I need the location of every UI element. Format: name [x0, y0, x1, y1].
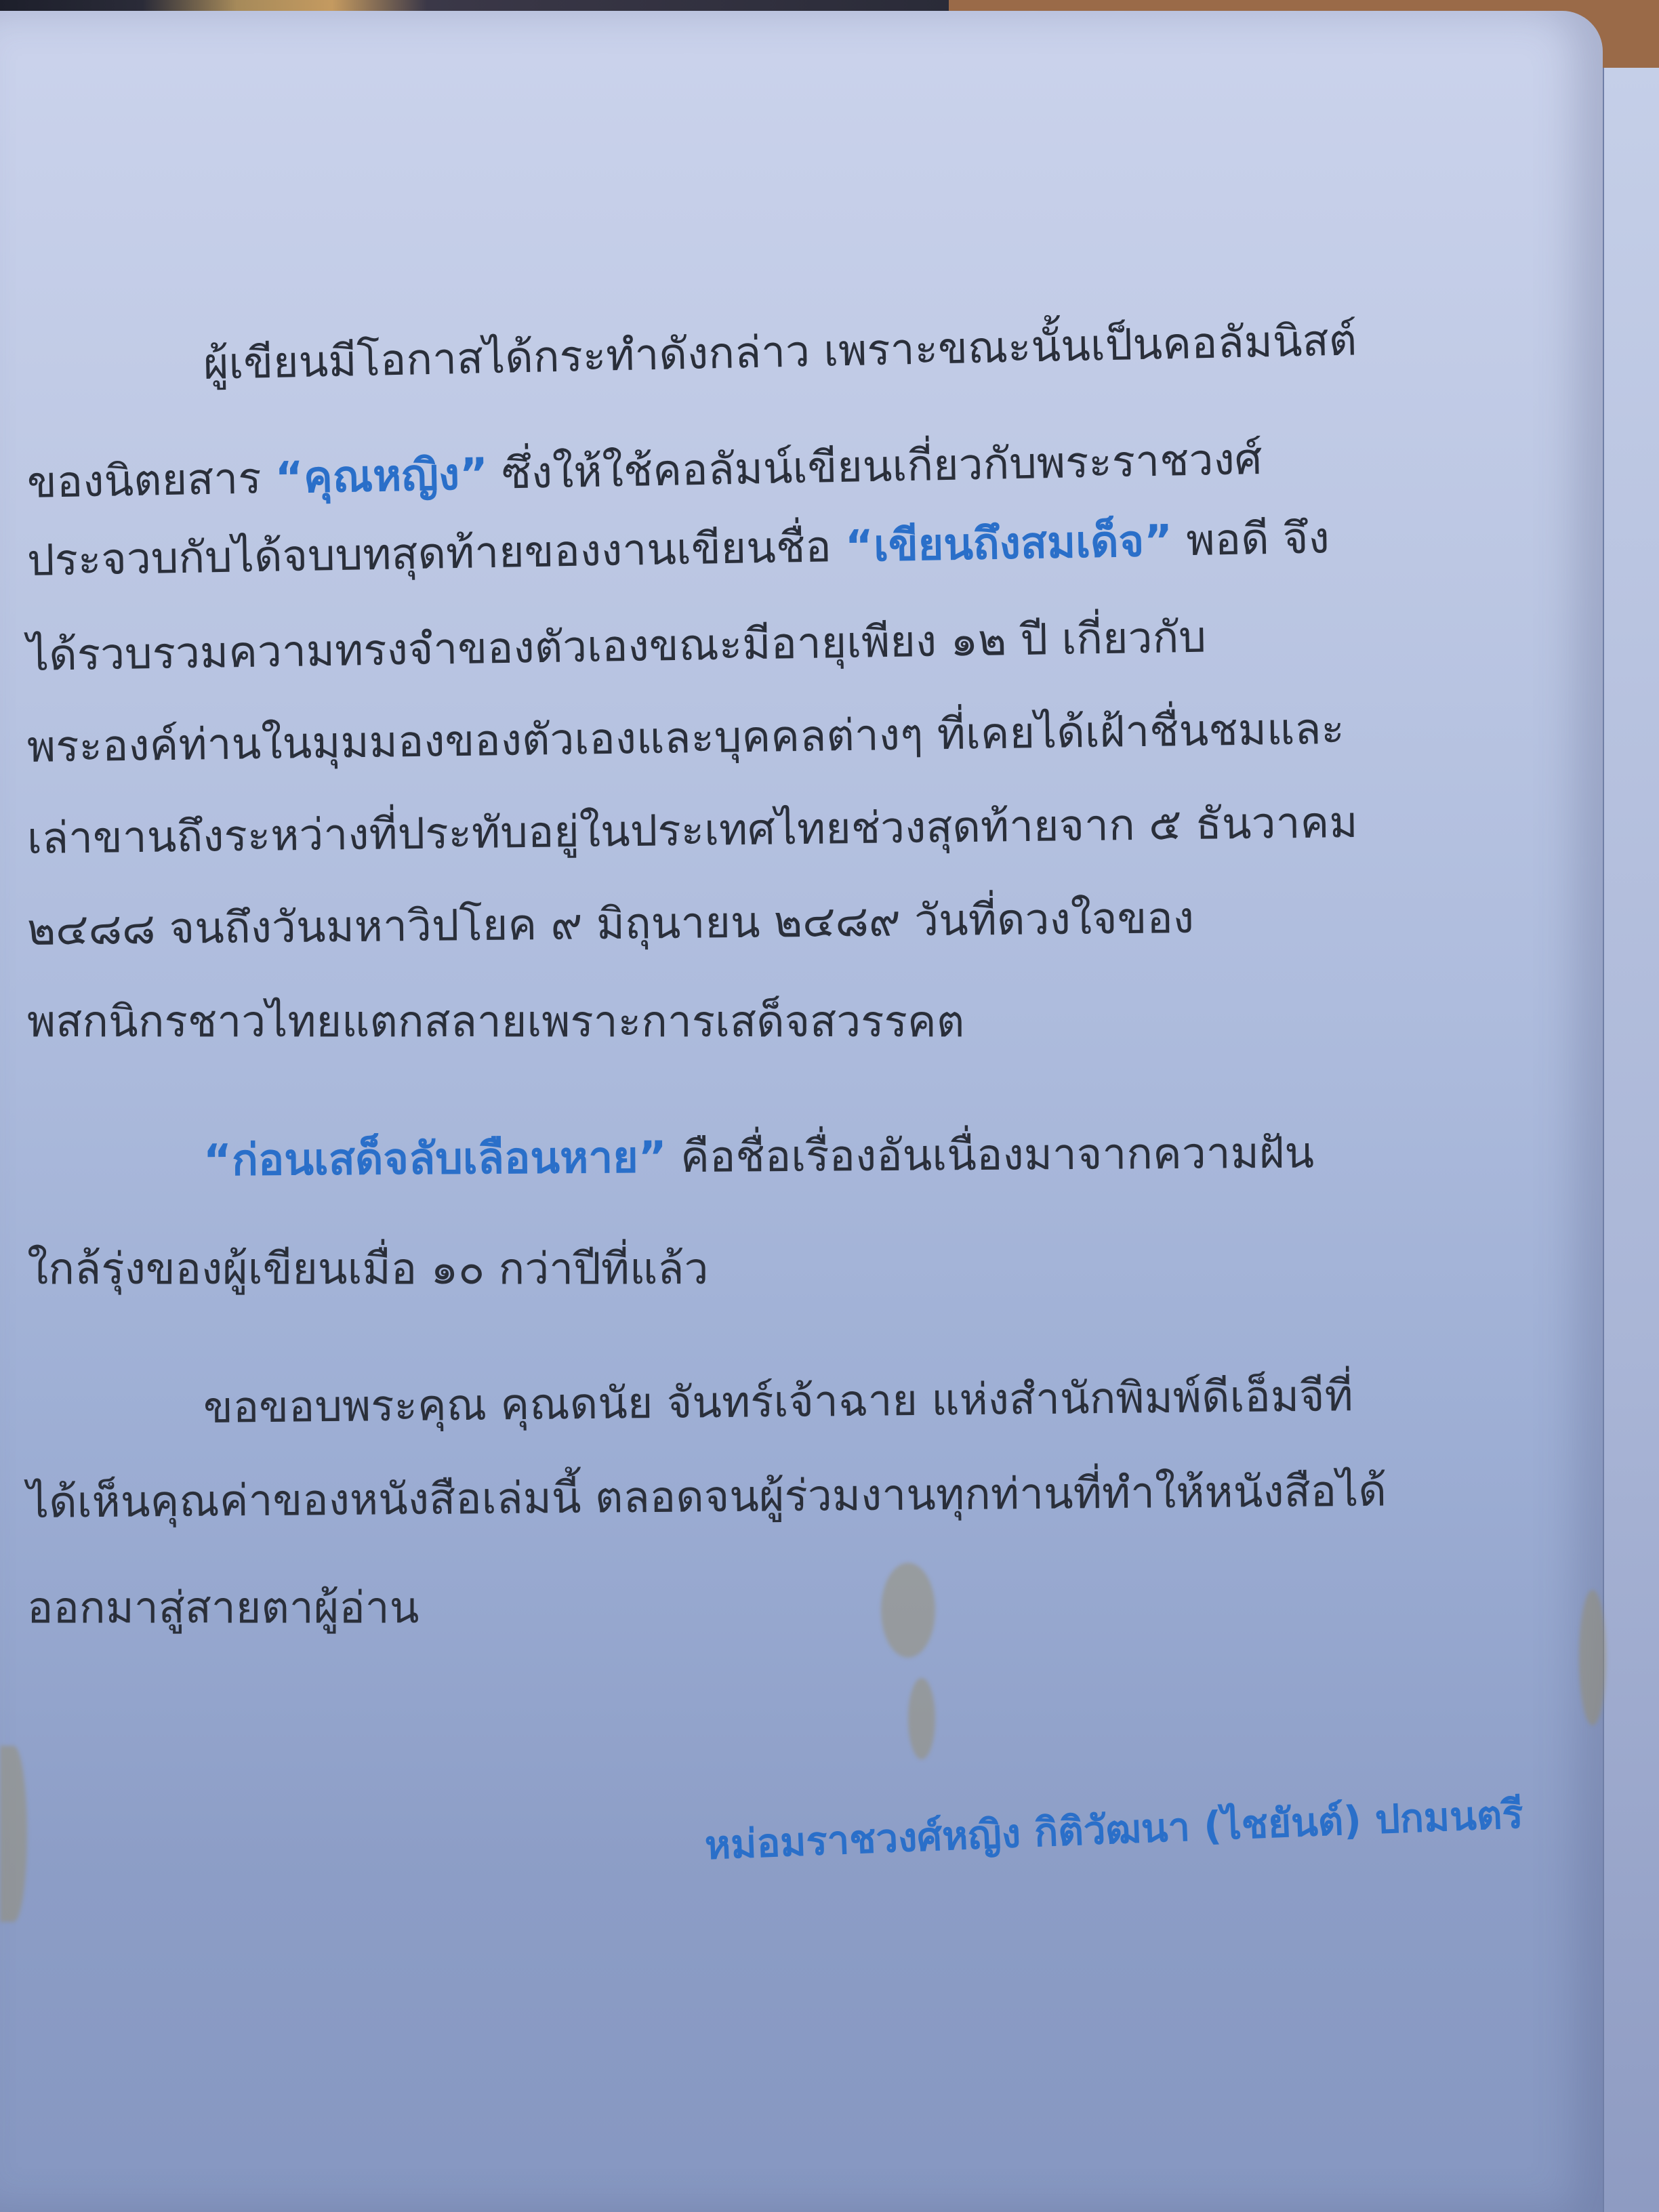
- book-page: ผู้เขียนมีโอกาสได้กระทำดังกล่าว เพราะขณะ…: [0, 11, 1603, 2212]
- line-text: พอดี จึง: [1172, 513, 1330, 566]
- line-text: ๒๔๘๘ จนถึงวันมหาวิปโยค ๙ มิถุนายน ๒๔๘๙ ว…: [27, 893, 1195, 956]
- line-text: เล่าขานถึงระหว่างที่ประทับอยู่ในประเทศไท…: [27, 798, 1358, 864]
- water-stain: [908, 1678, 935, 1759]
- line-text: ได้รวบรวมความทรงจำของตัวเองขณะมีอายุเพีย…: [26, 613, 1206, 681]
- line-text: พสกนิกรชาวไทยแตกสลายเพราะการเสด็จสวรรคต: [27, 997, 964, 1047]
- text-line: พระองค์ท่านในมุมมองของตัวเองและบุคคลต่าง…: [27, 708, 1345, 769]
- line-text: พระองค์ท่านในมุมมองของตัวเองและบุคคลต่าง…: [26, 704, 1345, 773]
- story-title-highlight: “ก่อนเสด็จลับเลือนหาย”: [203, 1132, 667, 1186]
- water-stain: [1579, 1590, 1606, 1725]
- line-text: ของนิตยสาร: [26, 453, 275, 508]
- water-stain: [0, 1746, 27, 1922]
- line-text: ขอขอบพระคุณ คุณดนัย จันทร์เจ้าฉาย แห่งสำ…: [203, 1371, 1353, 1433]
- text-line: ขอขอบพระคุณ คุณดนัย จันทร์เจ้าฉาย แห่งสำ…: [203, 1374, 1353, 1430]
- line-text: ออกมาสู่สายตาผู้อ่าน: [27, 1583, 419, 1633]
- line-text: ผู้เขียนมีโอกาสได้กระทำดังกล่าว เพราะขณะ…: [203, 315, 1357, 390]
- magazine-title-highlight: “คุณหญิง”: [274, 449, 489, 504]
- line-text: ใกล้รุ่งของผู้เขียนเมื่อ ๑๐ กว่าปีที่แล้…: [27, 1244, 708, 1294]
- text-line: ประจวบกับได้จบบทสุดท้ายของงานเขียนชื่อ “…: [26, 516, 1330, 583]
- text-line: ๒๔๘๘ จนถึงวันมหาวิปโยค ๙ มิถุนายน ๒๔๘๙ ว…: [27, 897, 1195, 952]
- text-line: พสกนิกรชาวไทยแตกสลายเพราะการเสด็จสวรรคต: [27, 1000, 964, 1044]
- line-text: ได้เห็นคุณค่าของหนังสือเล่มนี้ ตลอดจนผู้…: [27, 1466, 1387, 1528]
- text-line: ได้เห็นคุณค่าของหนังสือเล่มนี้ ตลอดจนผู้…: [27, 1469, 1387, 1525]
- text-line: เล่าขานถึงระหว่างที่ประทับอยู่ในประเทศไท…: [27, 801, 1358, 861]
- author-signature: หม่อมราชวงศ์หญิง กิติวัฒนา (ไชยันต์) ปกม…: [703, 1782, 1524, 1877]
- line-text: ซึ่งให้ใช้คอลัมน์เขียนเกี่ยวกับพระราชวงศ…: [487, 434, 1263, 499]
- water-stain: [881, 1563, 935, 1658]
- text-line: ออกมาสู่สายตาผู้อ่าน: [27, 1586, 419, 1630]
- line-text: ประจวบกับได้จบบทสุดท้ายของงานเขียนชื่อ: [26, 522, 845, 586]
- book-title-highlight: “เขียนถึงสมเด็จ”: [844, 516, 1172, 572]
- next-page-edge: [1603, 68, 1659, 2212]
- text-line: ผู้เขียนมีโอกาสได้กระทำดังกล่าว เพราะขณะ…: [203, 319, 1357, 386]
- line-text: คือชื่อเรื่องอันเนื่องมาจากความฝัน: [667, 1128, 1315, 1183]
- text-line: “ก่อนเสด็จลับเลือนหาย” คือชื่อเรื่องอันเ…: [203, 1132, 1315, 1183]
- text-line: ของนิตยสาร “คุณหญิง” ซึ่งให้ใช้คอลัมน์เข…: [26, 438, 1263, 505]
- text-line: ได้รวบรวมความทรงจำของตัวเองขณะมีอายุเพีย…: [26, 616, 1206, 678]
- text-line: ใกล้รุ่งของผู้เขียนเมื่อ ๑๐ กว่าปีที่แล้…: [27, 1248, 708, 1291]
